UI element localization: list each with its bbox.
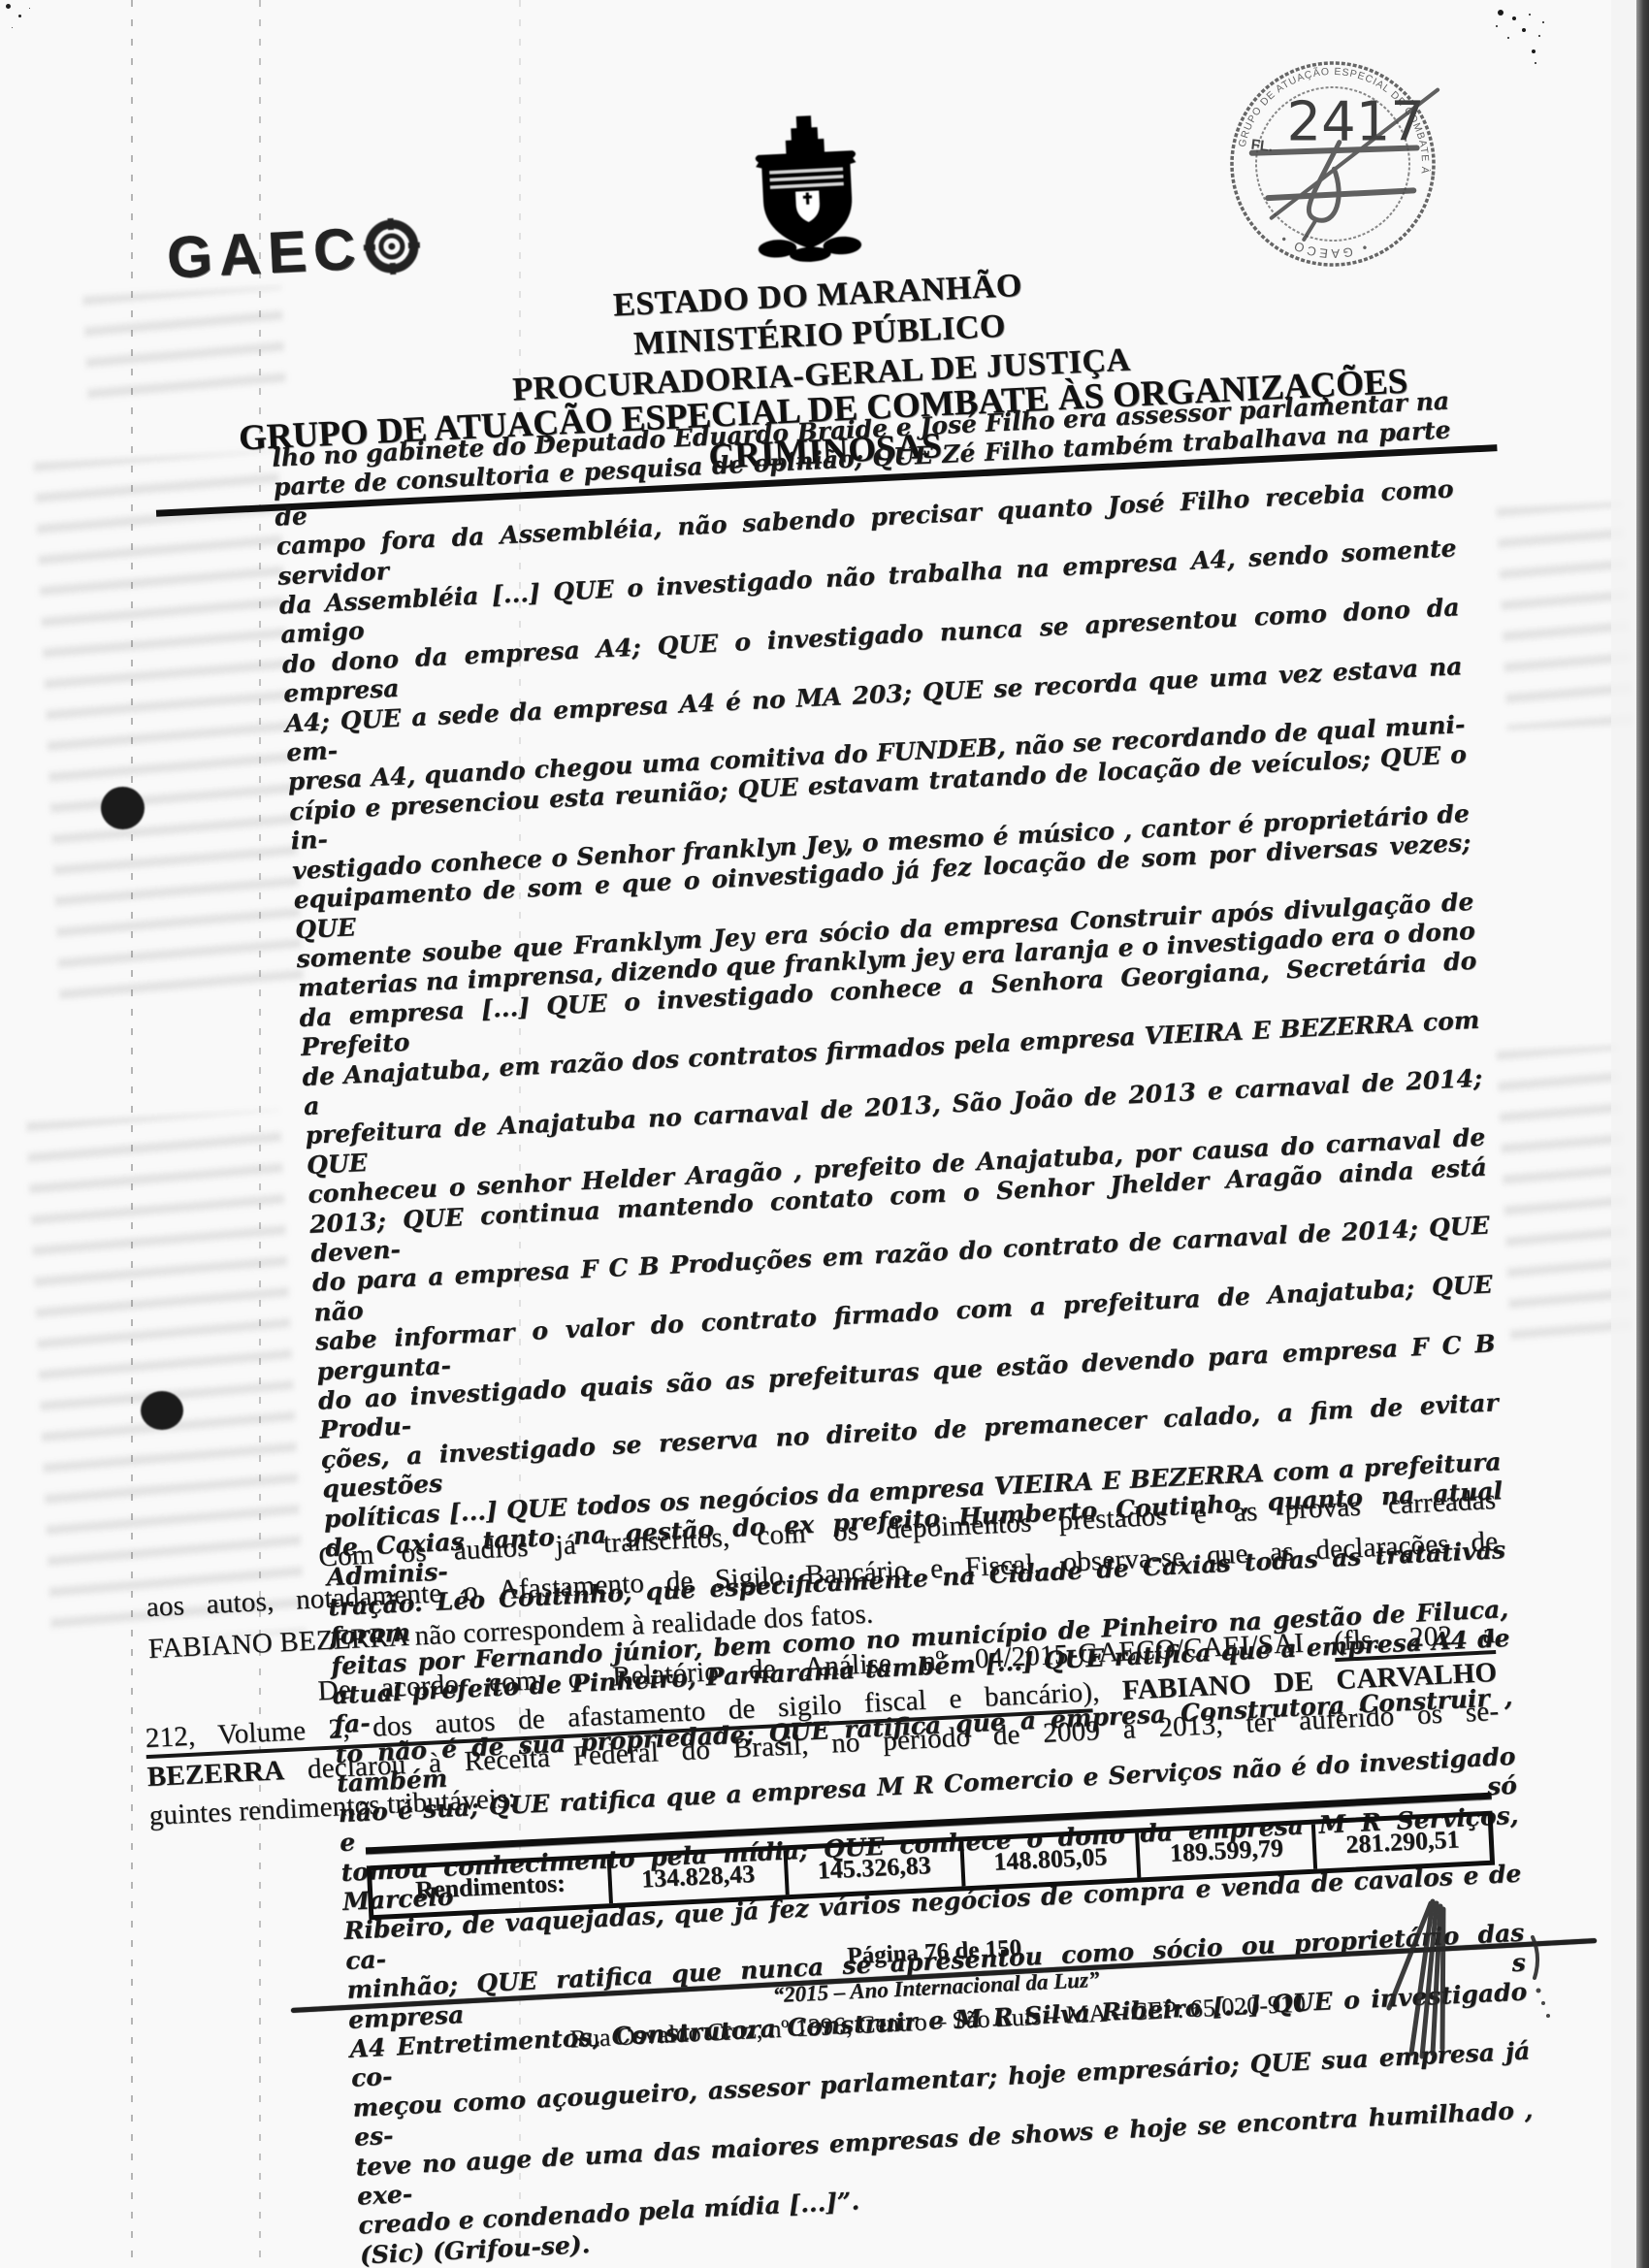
hole-punch-mark [101,787,145,829]
table-value-cell: 148.805,05 [959,1833,1138,1887]
stamp-ring-text-bottom: • GAECO • [1274,230,1371,267]
scan-fold-line [131,0,133,2268]
table-value-cell: 281.290,51 [1311,1816,1490,1869]
hole-punch-mark [141,1391,183,1430]
scan-speckles [6,4,11,9]
table-value-cell: 145.326,83 [783,1842,961,1895]
svg-text:• GAECO •: • GAECO • [1274,230,1371,267]
paragraph-2-text: , [1091,1675,1122,1707]
bleedthrough-smudge [82,286,287,412]
gaeco-logo-text: GAEC [165,214,363,291]
table-value-cell: 134.828,43 [607,1850,786,1903]
scan-speckles [1498,10,1503,16]
gaeco-logo: GAEC [165,205,460,297]
signature-scribble-icon [1377,1894,1571,2068]
scanned-document-sheet: GAEC [0,0,1649,2268]
person-name-bold: BEZERRA [146,1755,285,1793]
table-value-cell: 189.599,79 [1135,1825,1313,1878]
folio-stamp: GRUPO DE ATUAÇÃO ESPECIAL DE COMBATE ÀS … [1210,38,1457,290]
scan-fold-line [259,0,261,2268]
table-row-label: Rendimentos: [372,1859,609,1915]
bleedthrough-smudge [33,450,304,1005]
target-icon [363,217,422,276]
stamp-folio-number: 2417 [1287,90,1426,153]
maranhao-crest-icon [729,111,884,265]
scan-edge-band [1636,0,1649,2268]
scan-edge-strip [1611,0,1636,2268]
